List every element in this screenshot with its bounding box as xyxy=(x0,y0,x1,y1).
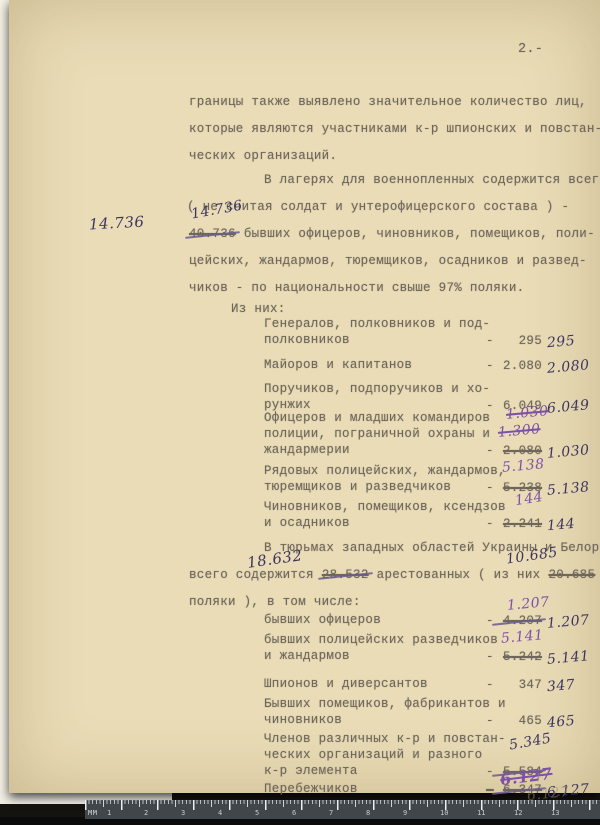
typed-value: 295 xyxy=(496,334,542,348)
typed-value: 347 xyxy=(496,678,542,692)
typed-value-struck: 2.241 xyxy=(496,517,542,531)
entry-label: бывших полицейских разведчиков и жандарм… xyxy=(264,632,486,664)
entry-label-line: и жандармов xyxy=(264,648,486,664)
dash: - xyxy=(486,517,496,531)
handwritten-value: 295 xyxy=(546,333,576,351)
entry-label-line: и осадников xyxy=(264,515,486,531)
list-item: Офицеров и младших командиров полиции, п… xyxy=(264,410,600,458)
typed-value-struck: 4.207 xyxy=(496,614,542,628)
entry-label: Перебежчиков xyxy=(264,781,486,797)
handwritten-value: 5.138 xyxy=(546,479,590,499)
ruler-unit-label: MM xyxy=(88,809,97,817)
ruler-number: 12 xyxy=(514,809,551,817)
handwritten-value: 144 xyxy=(546,516,576,534)
paragraph-text: бывших офицеров, чиновников, помещиков, … xyxy=(244,227,595,241)
entry-label: Офицеров и младших командиров полиции, п… xyxy=(264,410,486,458)
entry-label-line: бывших полицейских разведчиков xyxy=(264,632,486,648)
paragraph-line: поляки ), в том числе: xyxy=(189,595,361,609)
ruler-number: 7 xyxy=(329,809,366,817)
list-item: Шпионов и диверсантов - 347 347 xyxy=(264,676,600,692)
struck-number: 40.736 xyxy=(189,227,236,241)
paragraph-line: границы также выявлено значительное коли… xyxy=(189,95,587,109)
ruler-number: 1 xyxy=(107,809,144,817)
ruler-number: 9 xyxy=(403,809,440,817)
entry-label: Поручиков, подпоручиков и хо- рунжих xyxy=(264,381,486,413)
entry-label-line: Шпионов и диверсантов xyxy=(264,676,486,692)
entry-label-line: жандармерии xyxy=(264,442,486,458)
handwritten-value: 2.080 xyxy=(546,357,590,377)
entry-label-line: Перебежчиков xyxy=(264,781,486,797)
entry-label-line: к-р элемента xyxy=(264,763,486,779)
paragraph-line: В лагерях для военнопленных содержится в… xyxy=(264,173,600,187)
ruler-number: 8 xyxy=(366,809,403,817)
entry-label-line: полковников xyxy=(264,332,486,348)
list-item: бывших полицейских разведчиков и жандарм… xyxy=(264,632,600,664)
measurement-ruler: MM 1 2 3 4 5 6 7 8 9 10 11 12 13 xyxy=(85,800,600,819)
photo-background: 2.- границы также выявлено значительное … xyxy=(0,0,600,825)
margin-annotation: 14.736 xyxy=(89,213,145,234)
handwritten-value: 1.030 xyxy=(546,442,590,462)
ruler-number: 10 xyxy=(440,809,477,817)
list-item: Генералов, полковников и под- полковнико… xyxy=(264,316,600,348)
list-item: Бывших помещиков, фабрикантов и чиновник… xyxy=(264,696,600,728)
document-page: 2.- границы также выявлено значительное … xyxy=(9,0,600,793)
handwritten-correction: 1.207 xyxy=(506,594,550,614)
entry-label: Рядовых полицейских, жандармов, тюремщик… xyxy=(264,463,486,495)
list-item: Майоров и капитанов - 2.080 2.080 xyxy=(264,357,600,373)
entry-label-line: ческих организаций и разного xyxy=(264,747,486,763)
handwritten-value: 5.141 xyxy=(546,648,590,668)
entry-label-line: Членов различных к-р и повстан- xyxy=(264,731,486,747)
handwritten-value: 347 xyxy=(546,677,576,695)
entry-label: Бывших помещиков, фабрикантов и чиновник… xyxy=(264,696,486,728)
entry-label-line: тюремщиков и разведчиков xyxy=(264,479,486,495)
entry-label-line: бывших офицеров xyxy=(264,612,486,628)
ruler-numbers: 1 2 3 4 5 6 7 8 9 10 11 12 13 xyxy=(107,809,588,817)
entry-label: бывших офицеров xyxy=(264,612,486,628)
paragraph-line: ческих организаций. xyxy=(189,149,337,163)
scan-edge-left xyxy=(0,0,9,792)
dash: - xyxy=(486,783,496,797)
entry-label: Майоров и капитанов xyxy=(264,357,486,373)
paragraph-line: которые являются участниками к-р шпионск… xyxy=(189,122,600,136)
struck-number: 20.685 xyxy=(548,568,595,582)
entry-label-line: Офицеров и младших командиров xyxy=(264,410,486,426)
section-label: Из них: xyxy=(231,302,286,316)
entry-label: Шпионов и диверсантов xyxy=(264,676,486,692)
entry-label: Генералов, полковников и под- полковнико… xyxy=(264,316,486,348)
entry-label-line: Майоров и капитанов xyxy=(264,357,486,373)
list-item: Чиновников, помещиков, ксендзов и осадни… xyxy=(264,499,600,531)
entry-label-line: полиции, пограничной охраны и xyxy=(264,426,486,442)
dash: - xyxy=(486,444,496,458)
list-item: Поручиков, подпоручиков и хо- рунжих - 6… xyxy=(264,381,600,413)
typed-value: 465 xyxy=(496,714,542,728)
handwritten-value: 465 xyxy=(546,713,576,731)
ruler-number: 6 xyxy=(292,809,329,817)
dash: - xyxy=(486,714,496,728)
ruler-number: 2 xyxy=(144,809,181,817)
paragraph-line: чиков - по национальности свыше 97% поля… xyxy=(189,281,524,295)
paragraph-text: арестованных ( из них xyxy=(377,568,541,582)
list-item: Рядовых полицейских, жандармов, тюремщик… xyxy=(264,463,600,495)
dash: - xyxy=(486,765,496,779)
typed-value-struck: 5.242 xyxy=(496,650,542,664)
entry-label-line: Генералов, полковников и под- xyxy=(264,316,486,332)
typed-value: 2.080 xyxy=(496,359,542,373)
list-item: бывших офицеров - 4.207 1.207 xyxy=(264,612,600,628)
dash: - xyxy=(486,678,496,692)
entry-label-line: чиновников xyxy=(264,712,486,728)
dash: - xyxy=(486,334,496,348)
ruler-number: 4 xyxy=(218,809,255,817)
ruler-number: 5 xyxy=(255,809,292,817)
dash: - xyxy=(486,359,496,373)
ruler-number: 13 xyxy=(551,809,588,817)
dash: - xyxy=(486,614,496,628)
entry-label: Чиновников, помещиков, ксендзов и осадни… xyxy=(264,499,486,531)
entry-label-line: Рядовых полицейских, жандармов, xyxy=(264,463,486,479)
ruler-number: 11 xyxy=(477,809,514,817)
entry-label: Членов различных к-р и повстан- ческих о… xyxy=(264,731,486,779)
dash: - xyxy=(486,650,496,664)
handwritten-value: 1.207 xyxy=(546,612,590,632)
paragraph-line: 40.736бывших офицеров, чиновников, помещ… xyxy=(189,227,595,241)
dash: - xyxy=(486,481,496,495)
entry-label-line: Бывших помещиков, фабрикантов и xyxy=(264,696,486,712)
struck-number: 28.532 xyxy=(322,568,369,582)
page-number: 2.- xyxy=(518,42,543,57)
ruler-number: 3 xyxy=(181,809,218,817)
paragraph-line: ( не считая солдат и унтерофицерского со… xyxy=(187,200,569,214)
entry-label-line: Поручиков, подпоручиков и хо- xyxy=(264,381,486,397)
paragraph-line: цейских, жандармов, тюремщиков, осаднико… xyxy=(189,254,587,268)
entry-label-line: Чиновников, помещиков, ксендзов xyxy=(264,499,486,515)
